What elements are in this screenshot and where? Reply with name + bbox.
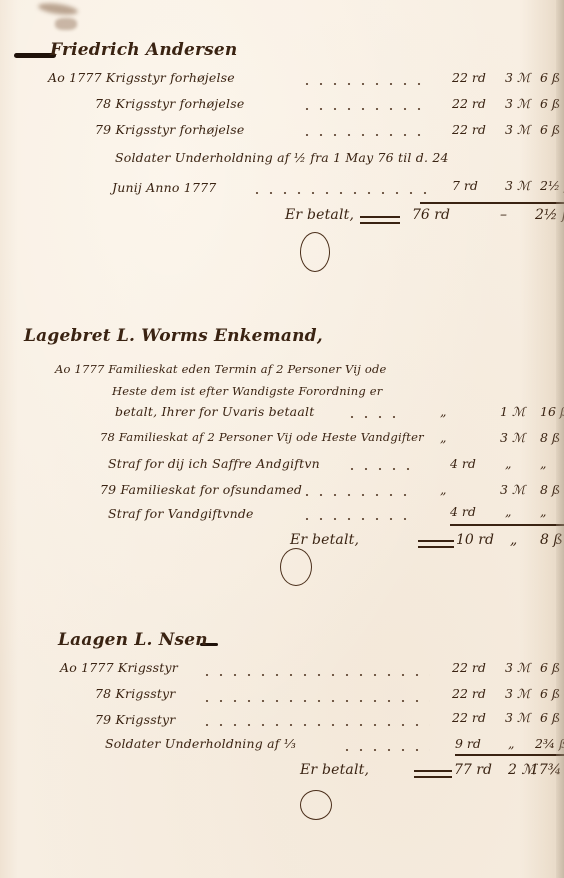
total-label: Er betalt, xyxy=(285,207,354,223)
sum-rule xyxy=(455,754,564,756)
paraph-flourish-icon xyxy=(300,790,332,820)
amount-rd: 22 rd xyxy=(452,686,486,701)
amount-rd: 22 rd xyxy=(452,710,486,725)
total-sk: 8 ß xyxy=(540,532,563,548)
entry-text: Heste dem ist efter Wandigste Forordning… xyxy=(112,384,382,398)
paraph-flourish-icon xyxy=(300,232,330,272)
total-sk: 17¾ ß xyxy=(530,762,564,778)
total-mk: „ xyxy=(510,532,517,548)
entry-text: Ao 1777 Krigsstyr forhøjelse xyxy=(48,70,235,85)
amount-sk: 2½ ß xyxy=(540,178,564,193)
amount-sk: 2¾ ß xyxy=(535,736,564,751)
amount-mk: 3 ℳ xyxy=(500,430,525,445)
amount-rd: „ xyxy=(440,404,446,419)
entry-text: 79 Familieskat for ofsundamed xyxy=(100,482,302,497)
ink-smudge xyxy=(37,1,78,16)
equals-bar xyxy=(414,770,452,772)
amount-rd: 22 rd xyxy=(452,70,486,85)
total-rd: 76 rd xyxy=(412,207,450,223)
amount-sk: 16 ß xyxy=(540,404,564,419)
leader-dots xyxy=(200,724,430,726)
entry-text: 79 Krigsstyr forhøjelse xyxy=(95,122,244,137)
equals-bar xyxy=(418,540,454,542)
entry-text: betalt, Ihrer for Uvaris betaalt xyxy=(115,404,314,419)
total-rd: 10 rd xyxy=(456,532,494,548)
amount-sk: 8 ß xyxy=(540,430,560,445)
total-rd: 77 rd xyxy=(454,762,492,778)
amount-mk: 3 ℳ xyxy=(505,710,530,725)
leader-dots xyxy=(345,468,415,470)
entry-text: 78 Krigsstyr forhøjelse xyxy=(95,96,244,111)
amount-rd: 9 rd xyxy=(455,736,481,751)
amount-sk: 6 ß xyxy=(540,686,560,701)
total-sk: 2½ ß xyxy=(535,207,564,223)
leader-dots xyxy=(300,108,430,110)
amount-sk: 8 ß xyxy=(540,482,560,497)
amount-mk: 3 ℳ xyxy=(505,70,530,85)
entry-text: Soldater Underholdning af ½ fra 1 May 76… xyxy=(115,150,449,165)
amount-sk: 6 ß xyxy=(540,122,560,137)
ink-smudge xyxy=(55,18,77,30)
entry-text: Junij Anno 1777 xyxy=(112,180,216,195)
entry-text: Ao 1777 Familieskat eden Termin af 2 Per… xyxy=(55,362,387,376)
sum-rule xyxy=(420,202,564,204)
amount-mk: 3 ℳ xyxy=(505,686,530,701)
entry-text: 79 Krigsstyr xyxy=(95,712,175,727)
account-name: Laagen L. Nsen xyxy=(58,630,208,650)
equals-bar xyxy=(418,546,454,548)
sum-rule xyxy=(450,524,564,526)
total-mk: – xyxy=(500,207,507,223)
equals-bar xyxy=(360,222,400,224)
amount-sk: „ xyxy=(540,456,546,471)
leader-dots xyxy=(200,674,430,676)
leader-dots xyxy=(200,700,430,702)
amount-rd: 7 rd xyxy=(452,178,478,193)
account-name: Friedrich Andersen xyxy=(50,40,238,60)
equals-bar xyxy=(414,776,452,778)
ledger-page: Friedrich Andersen Ao 1777 Krigsstyr for… xyxy=(0,0,564,878)
account-name: Lagebret L. Worms Enkemand, xyxy=(24,326,323,346)
entry-text: 78 Familieskat af 2 Personer Vij ode Hes… xyxy=(100,430,424,444)
amount-mk: 1 ℳ xyxy=(500,404,525,419)
entry-text: Straf for Vandgiftvnde xyxy=(108,506,254,521)
entry-text: Soldater Underholdning af ⅓ xyxy=(105,736,296,751)
leader-dots xyxy=(300,494,410,496)
amount-rd: „ xyxy=(440,482,446,497)
total-label: Er betalt, xyxy=(290,532,359,548)
equals-bar xyxy=(360,216,400,218)
amount-rd: „ xyxy=(440,430,446,445)
entry-text: Straf for dij ich Saffre Andgiftvn xyxy=(108,456,320,471)
amount-sk: 6 ß xyxy=(540,710,560,725)
leader-dots xyxy=(300,83,430,85)
amount-mk: 3 ℳ xyxy=(505,96,530,111)
amount-mk: 3 ℳ xyxy=(500,482,525,497)
amount-mk: 3 ℳ xyxy=(505,178,530,193)
amount-sk: „ xyxy=(540,504,546,519)
entry-text: 78 Krigsstyr xyxy=(95,686,175,701)
amount-mk: 3 ℳ xyxy=(505,122,530,137)
amount-mk: „ xyxy=(508,736,514,751)
amount-rd: 22 rd xyxy=(452,96,486,111)
amount-rd: 22 rd xyxy=(452,122,486,137)
total-label: Er betalt, xyxy=(300,762,369,778)
paraph-flourish-icon xyxy=(280,548,312,586)
amount-sk: 6 ß xyxy=(540,70,560,85)
entry-text: Ao 1777 Krigsstyr xyxy=(60,660,178,675)
amount-rd: 22 rd xyxy=(452,660,486,675)
leader-dots xyxy=(250,192,430,194)
leader-dots xyxy=(340,749,430,751)
amount-rd: 4 rd xyxy=(450,456,476,471)
amount-mk: „ xyxy=(505,456,511,471)
leader-dots xyxy=(300,518,410,520)
amount-sk: 6 ß xyxy=(540,660,560,675)
amount-sk: 6 ß xyxy=(540,96,560,111)
amount-mk: „ xyxy=(505,504,511,519)
amount-mk: 3 ℳ xyxy=(505,660,530,675)
amount-rd: 4 rd xyxy=(450,504,476,519)
leader-dots xyxy=(345,416,395,418)
leader-dots xyxy=(300,134,430,136)
